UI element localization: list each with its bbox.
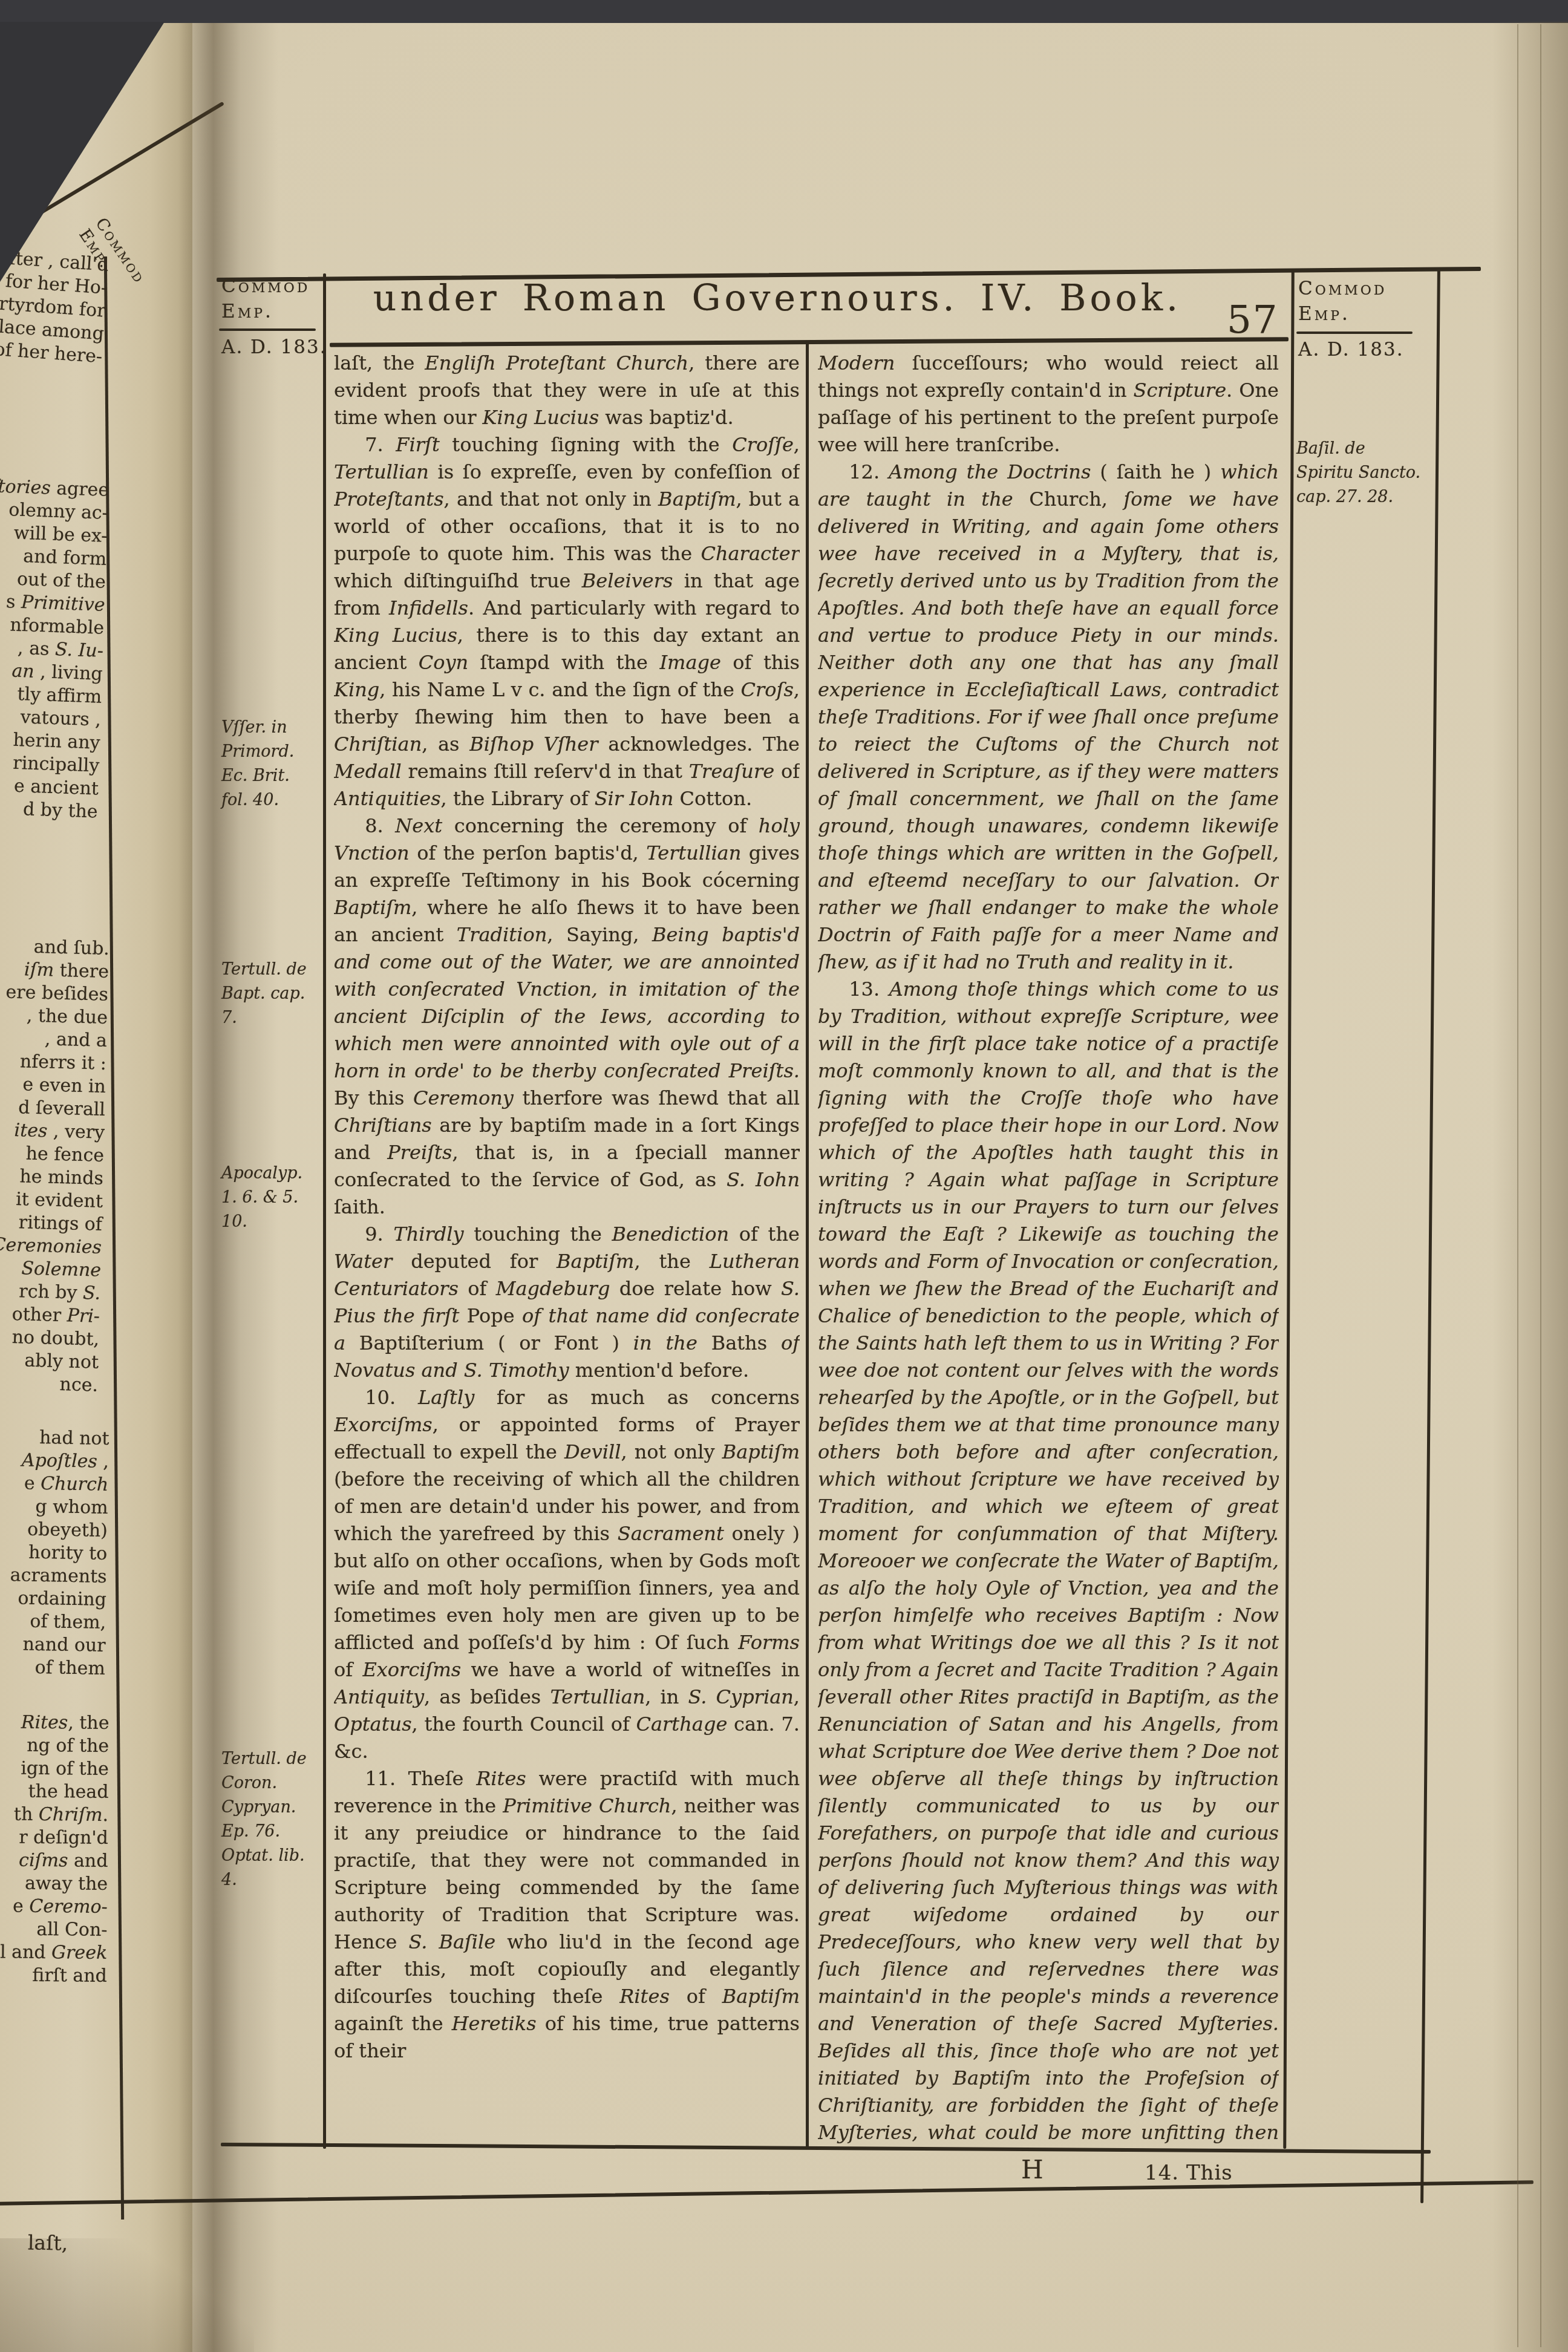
- book-photo: y Commod Emp. ſter , call'dfor her Ho-rt…: [0, 0, 1568, 2352]
- margin-note: Tertull. de Coron. Cypryan. Ep. 76. Opta…: [221, 1747, 318, 1892]
- catchword: 14. This: [1145, 2161, 1233, 2185]
- text-column-right: Modern ſucceſſours; who would reiect all…: [818, 350, 1279, 2151]
- margin-note: Tertull. de Bapt. cap. 7.: [221, 958, 318, 1030]
- paragraph: 7. Firſt touching ſigning with the Croſſ…: [334, 431, 800, 812]
- paragraph: 10. Laſtly for as much as concerns Exorc…: [334, 1384, 800, 1765]
- margin-note: Vſſer. in Primord. Ec. Brit. fol. 40.: [221, 716, 318, 812]
- header-underline-rule: [330, 337, 1289, 347]
- left-margin-notes: Vſſer. in Primord. Ec. Brit. fol. 40.Ter…: [221, 0, 318, 2352]
- paragraph: 12. Among the Doctrins ( ſaith he ) whic…: [818, 459, 1279, 976]
- margin-note: Baſil. de Spiritu Sancto. cap. 27. 28.: [1296, 437, 1422, 509]
- text-column-left: laſt, the Engliſh Proteſtant Church, the…: [334, 350, 800, 2151]
- paragraph: 9. Thirdly touching the Benediction of t…: [334, 1221, 800, 1384]
- previous-page-text-fragments: and ſub.iſm thereere beſides, the due, a…: [0, 935, 109, 1397]
- page-edge-line: [1517, 24, 1518, 2347]
- previous-page-text-fragments: Rites, theng of theign of thethe headth …: [0, 1711, 109, 1988]
- page-number: 57: [1227, 298, 1278, 342]
- previous-page-edge: y Commod Emp. ſter , call'dfor her Ho-rt…: [0, 22, 192, 2352]
- paragraph: 11. Theſe Rites were practiſd with much …: [334, 1765, 800, 2065]
- paragraph: laſt, the Engliſh Proteſtant Church, the…: [334, 350, 800, 431]
- running-title: under Roman Governours. IV. Book.: [339, 277, 1216, 319]
- bottom-corner-shading: [0, 2238, 254, 2352]
- previous-page-text-fragments: ſtories agreeolemny ac-will be ex-and fo…: [0, 475, 109, 823]
- paragraph: Modern ſucceſſours; who would reiect all…: [818, 350, 1279, 459]
- column-divider-rule: [806, 342, 809, 2149]
- previous-page-text-fragments: had notApoſtles ,e Churchg whomobeyeth)h…: [8, 1426, 109, 1681]
- paragraph: 8. Next concerning the ceremony of holy …: [334, 812, 800, 1221]
- signature-mark: H: [1021, 2155, 1044, 2184]
- paragraph: 13. Among thoſe things which come to us …: [818, 976, 1279, 2151]
- page-edge-line: [1540, 24, 1541, 2347]
- previous-page-text-fragments: ſter , call'dfor her Ho-rtyrdom forlace …: [0, 247, 109, 369]
- left-margin-divider-rule: [323, 273, 326, 2149]
- page-edge-shading: [1492, 22, 1568, 2352]
- margin-note: Apocalyp. 1. 6. & 5. 10.: [221, 1161, 318, 1234]
- right-margin-divider-rule: [1283, 271, 1295, 2149]
- page-frame-right-rule: [1420, 267, 1440, 2203]
- right-margin-notes: Baſil. de Spiritu Sancto. cap. 27. 28.: [1296, 0, 1422, 2352]
